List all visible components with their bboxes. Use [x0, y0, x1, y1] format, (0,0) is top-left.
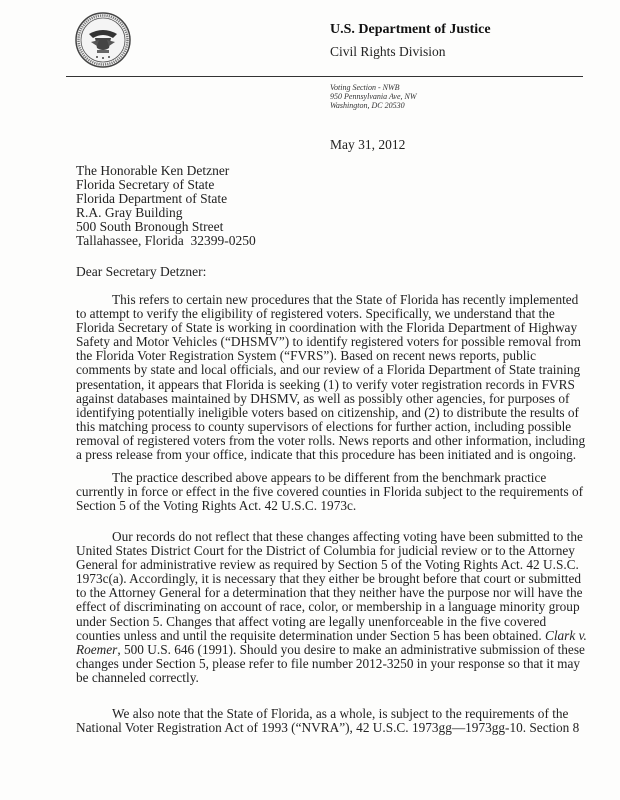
recipient-line: Florida Department of State [76, 192, 256, 206]
paragraph-line: 1973c(a). Accordingly, it is necessary t… [76, 572, 596, 586]
salutation: Dear Secretary Detzner: [76, 264, 206, 280]
paragraph-line: under Section 5. Changes that affect vot… [76, 615, 596, 629]
recipient-line: The Honorable Ken Detzner [76, 164, 256, 178]
body-paragraph-2: The practice described above appears to … [76, 471, 596, 513]
letterhead-divider [66, 76, 583, 77]
paragraph-line: removal of registered voters from the vo… [76, 434, 596, 448]
paragraph-line: currently in force or effect in the five… [76, 485, 596, 499]
paragraph-line: this matching process to county supervis… [76, 420, 596, 434]
paragraph-line: General for administrative review as req… [76, 558, 596, 572]
recipient-line: Tallahassee, Florida 32399-0250 [76, 234, 256, 248]
paragraph-line: Safety and Motor Vehicles (“DHSMV”) to i… [76, 335, 596, 349]
paragraph-line: identifying potentially ineligible voter… [76, 406, 596, 420]
address-line: 950 Pennsylvania Ave, NW [330, 92, 417, 101]
paragraph-line: Roemer, 500 U.S. 646 (1991). Should you … [76, 643, 596, 657]
doj-seal-icon [75, 12, 131, 68]
body-paragraph-4: We also note that the State of Florida, … [76, 707, 596, 735]
paragraph-line: The practice described above appears to … [76, 471, 596, 485]
case-citation: Roemer [76, 642, 117, 657]
recipient-line: R.A. Gray Building [76, 206, 256, 220]
paragraph-line: National Voter Registration Act of 1993 … [76, 721, 596, 735]
paragraph-line: a press release from your office, indica… [76, 448, 596, 462]
paragraph-line: effect of discriminating on account of r… [76, 600, 596, 614]
paragraph-line: to attempt to verify the eligibility of … [76, 307, 596, 321]
recipient-line: 500 South Bronough Street [76, 220, 256, 234]
agency-name: U.S. Department of Justice [330, 22, 491, 38]
address-line: Washington, DC 20530 [330, 101, 417, 110]
recipient-block: The Honorable Ken Detzner Florida Secret… [76, 164, 256, 248]
paragraph-line: Section 5 of the Voting Rights Act. 42 U… [76, 499, 596, 513]
case-citation: Clark v. [545, 628, 587, 643]
paragraph-line: be channeled correctly. [76, 671, 596, 685]
letter-date: May 31, 2012 [330, 137, 405, 153]
body-paragraph-1: This refers to certain new procedures th… [76, 293, 596, 462]
paragraph-line: the Florida Voter Registration System (“… [76, 349, 596, 363]
letter-page: U.S. Department of Justice Civil Rights … [0, 0, 620, 800]
paragraph-line: changes under Section 5, please refer to… [76, 657, 596, 671]
division-name: Civil Rights Division [330, 44, 446, 60]
paragraph-line: comments by state and local officials, a… [76, 363, 596, 377]
paragraph-line: counties unless and until the requisite … [76, 629, 596, 643]
body-paragraph-3: Our records do not reflect that these ch… [76, 530, 596, 685]
recipient-line: Florida Secretary of State [76, 178, 256, 192]
paragraph-line: to the Attorney General for a determinat… [76, 586, 596, 600]
paragraph-line: Our records do not reflect that these ch… [76, 530, 596, 544]
office-address: Voting Section - NWB 950 Pennsylvania Av… [330, 83, 417, 110]
paragraph-line: United States District Court for the Dis… [76, 544, 596, 558]
paragraph-line: presentation, it appears that Florida is… [76, 378, 596, 392]
paragraph-line: Florida Secretary of State is working in… [76, 321, 596, 335]
paragraph-line: This refers to certain new procedures th… [76, 293, 596, 307]
address-line: Voting Section - NWB [330, 83, 417, 92]
line-text: counties unless and until the requisite … [76, 628, 545, 643]
line-text: , 500 U.S. 646 (1991). Should you desire… [117, 642, 585, 657]
paragraph-line: against databases maintained by DHSMV, a… [76, 392, 596, 406]
paragraph-line: We also note that the State of Florida, … [76, 707, 596, 721]
